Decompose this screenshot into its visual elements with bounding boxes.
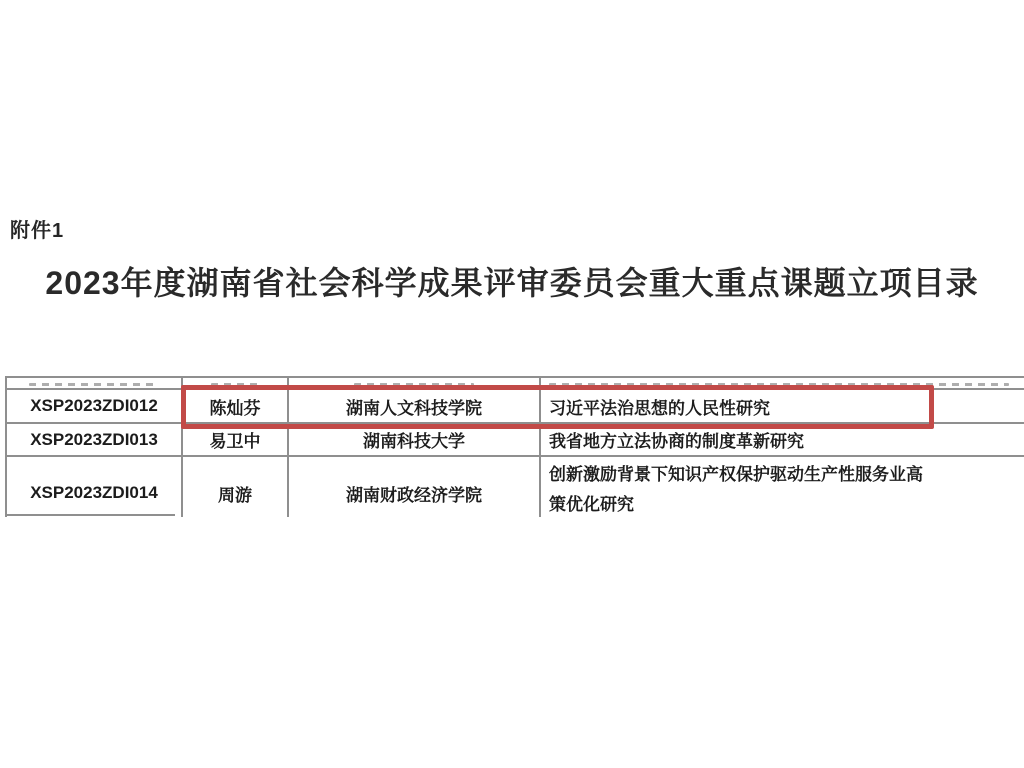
project-id-cell: XSP2023ZDI012 [7,390,183,422]
table-row: XSP2023ZDI014 周游 湖南财政经济学院 创新激励背景下知识产权保护驱… [7,455,1024,517]
table-bottom-border-fragment [5,514,175,516]
topic-text-line1: 创新激励背景下知识产权保护驱动生产性服务业高 [549,460,923,490]
institution-cell: 湖南财政经济学院 [289,457,541,517]
institution-cell: 湖南科技大学 [289,424,541,455]
topic-cell: 创新激励背景下知识产权保护驱动生产性服务业高 策优化研究 [541,457,1024,517]
clipped-text-remnant [7,378,183,388]
clipped-text-remnant [541,378,1024,388]
institution-cell: 湖南人文科技学院 [289,390,541,422]
project-id-cell: XSP2023ZDI014 [7,457,183,517]
project-id-cell: XSP2023ZDI013 [7,424,183,455]
attachment-label: 附件1 [10,214,64,243]
document-page: 附件1 2023年度湖南省社会科学成果评审委员会重大重点课题立项目录 XSP20… [0,0,1024,768]
topic-text: 习近平法治思想的人民性研究 [549,394,770,419]
topic-cell: 我省地方立法协商的制度革新研究 [541,424,1024,455]
clipped-text-remnant [183,378,289,388]
topic-text-line2: 策优化研究 [549,490,634,517]
table-row: XSP2023ZDI012 陈灿芬 湖南人文科技学院 习近平法治思想的人民性研究 [7,388,1024,422]
leader-name-cell: 周游 [183,457,289,517]
topic-cell: 习近平法治思想的人民性研究 [541,390,1024,422]
topic-text: 我省地方立法协商的制度革新研究 [549,427,804,452]
leader-name-cell: 陈灿芬 [183,390,289,422]
table-row: XSP2023ZDI013 易卫中 湖南科技大学 我省地方立法协商的制度革新研究 [7,422,1024,455]
document-title: 2023年度湖南省社会科学成果评审委员会重大重点课题立项目录 [0,258,1024,304]
clipped-text-remnant [289,378,541,388]
table-row-clipped [7,376,1024,388]
leader-name-cell: 易卫中 [183,424,289,455]
projects-table: XSP2023ZDI012 陈灿芬 湖南人文科技学院 习近平法治思想的人民性研究… [5,376,1024,517]
